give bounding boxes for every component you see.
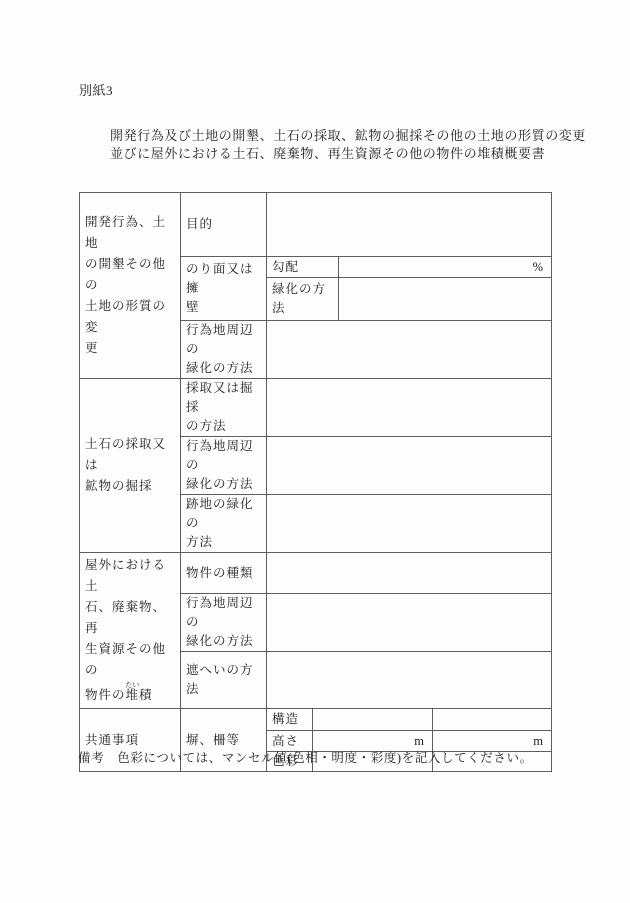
section3-header: 屋外における土 石、廃棄物、再 生資源その他の 物件の堆たい積 [80,553,181,709]
table-row: 開発行為、土地 の開墾その他の 土地の形質の変 更 目的 [80,193,552,257]
structure-value-cell-1 [313,709,433,731]
screening-method-value-cell [267,652,552,709]
section2-header: 土石の採取又は 鉱物の掘採 [80,379,181,553]
surrounding-greening-value-cell [267,594,552,652]
ruby-base: 堆 [125,688,139,702]
surrounding-greening-label: 行為地周辺の 緑化の方法 [181,321,267,379]
site-after-greening-value-cell [267,495,552,553]
section1-header: 開発行為、土地 の開墾その他の 土地の形質の変 更 [80,193,181,379]
remarks-note: 備考 色彩については、マンセル値(色相・明度・彩度)を記入してください。 [78,748,533,766]
surrounding-greening-label: 行為地周辺の 緑化の方法 [181,594,267,652]
object-type-value-cell [267,553,552,594]
extraction-method-value-cell [267,379,552,437]
document-page: 別紙3 開発行為及び土地の開墾、土石の採取、鉱物の掘採その他の土地の形質の変更 … [0,0,630,903]
structure-label: 構造 [267,709,313,731]
purpose-value-cell [267,193,552,257]
summary-form-table: 開発行為、土地 の開墾その他の 土地の形質の変 更 目的 のり面又は擁 壁 勾配… [79,192,552,772]
meter-unit: m [414,734,425,748]
table-row: 土石の採取又は 鉱物の掘採 採取又は掘採 の方法 [80,379,552,437]
extraction-method-label: 採取又は掘採 の方法 [181,379,267,437]
greening-method-label: 緑化の方法 [267,278,339,321]
attachment-label: 別紙3 [79,80,113,99]
document-title: 開発行為及び土地の開墾、土石の採取、鉱物の掘採その他の土地の形質の変更 並びに屋… [110,127,586,163]
structure-value-cell-2 [433,709,552,731]
meter-unit: m [533,734,544,748]
surrounding-greening-value-cell [267,437,552,495]
ruby-tai: 堆たい [126,688,140,702]
slope-retaining-wall-label: のり面又は擁 壁 [181,257,267,321]
section3-header-lines: 屋外における土 石、廃棄物、再 生資源その他の [85,555,175,681]
gradient-value-cell: % [339,257,552,278]
table-row: 屋外における土 石、廃棄物、再 生資源その他の 物件の堆たい積 物件の種類 [80,553,552,594]
gradient-label: 勾配 [267,257,339,278]
surrounding-greening-label: 行為地周辺の 緑化の方法 [181,437,267,495]
purpose-label: 目的 [181,193,267,257]
table-row: 共通事項 塀、柵等 構造 [80,709,552,731]
section3-header-ruby-line: 物件の堆たい積 [85,681,175,706]
percent-unit: % [533,260,544,274]
ruby-line-post: 積 [139,688,153,702]
ruby-line-pre: 物件の [85,688,126,702]
object-type-label: 物件の種類 [181,553,267,594]
greening-method-value-cell [339,278,552,321]
screening-method-label: 遮へいの方法 [181,652,267,709]
site-after-greening-label: 跡地の緑化の 方法 [181,495,267,553]
surrounding-greening-value-cell [267,321,552,379]
ruby-text: たい [125,681,139,689]
